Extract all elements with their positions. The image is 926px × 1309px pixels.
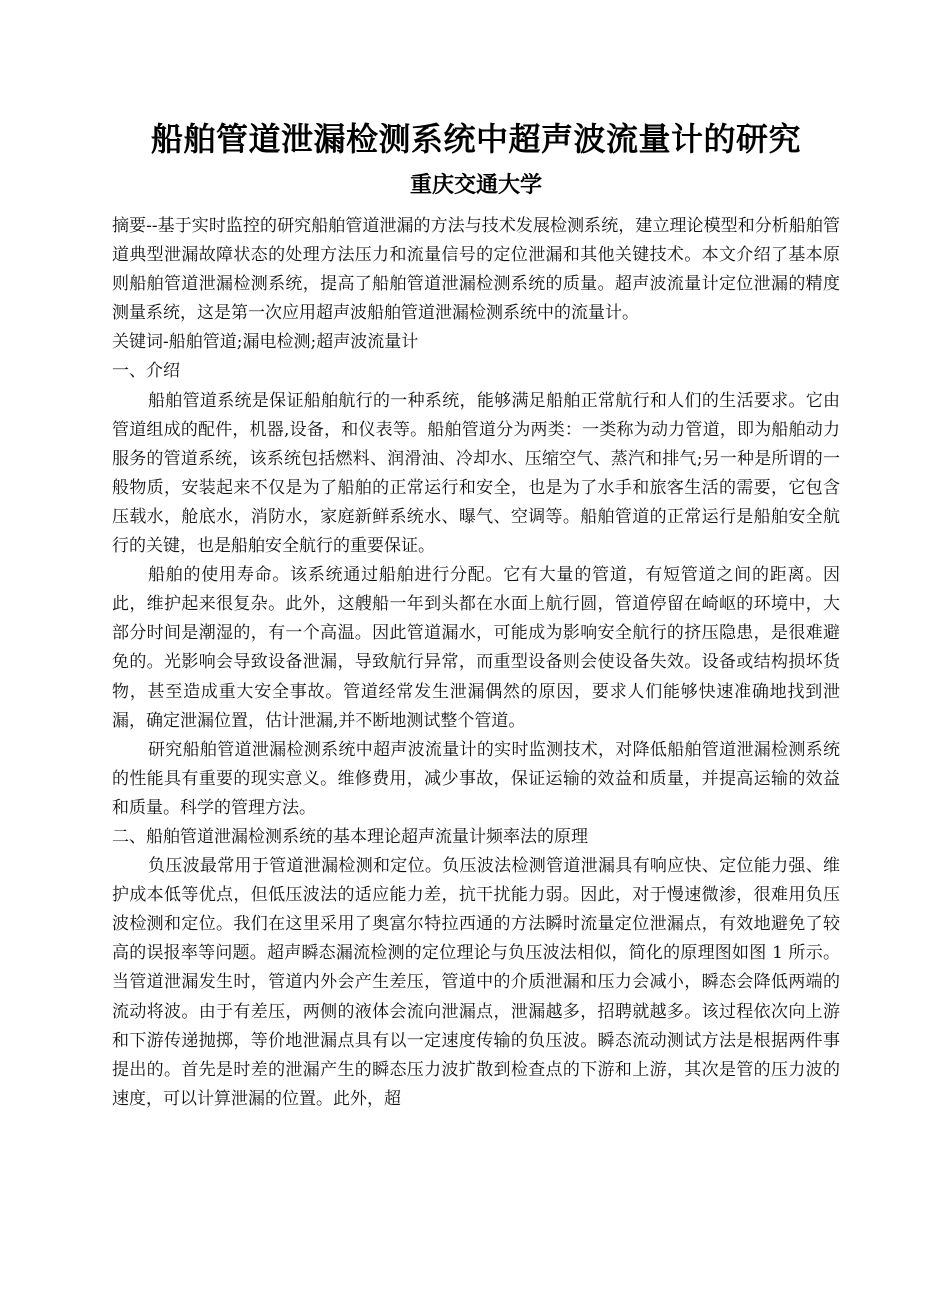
paragraph: 负压波最常用于管道泄漏检测和定位。负压波法检测管道泄漏具有响应快、定位能力强、维… <box>112 852 840 1114</box>
paragraph: 研究船舶管道泄漏检测系统中超声波流量计的实时监测技术，对降低船舶管道泄漏检测系统… <box>112 736 840 823</box>
paragraph: 船舶的使用寿命。该系统通过船舶进行分配。它有大量的管道，有短管道之间的距离。因此… <box>112 561 840 736</box>
section-heading: 二、船舶管道泄漏检测系统的基本理论超声流量计频率法的原理 <box>112 823 840 852</box>
keywords: 关键词-船舶管道;漏电检测;超声波流量计 <box>112 328 840 357</box>
abstract: 摘要--基于实时监控的研究船舶管道泄漏的方法与技术发展检测系统，建立理论模型和分… <box>112 212 840 328</box>
affiliation: 重庆交通大学 <box>112 168 840 199</box>
paragraph: 船舶管道系统是保证船舶航行的一种系统，能够满足船舶正常航行和人们的生活要求。它由… <box>112 387 840 562</box>
paper-title: 船舶管道泄漏检测系统中超声波流量计的研究 <box>112 114 840 160</box>
paper-body: 摘要--基于实时监控的研究船舶管道泄漏的方法与技术发展检测系统，建立理论模型和分… <box>112 212 840 1114</box>
section-heading: 一、介绍 <box>112 357 840 386</box>
